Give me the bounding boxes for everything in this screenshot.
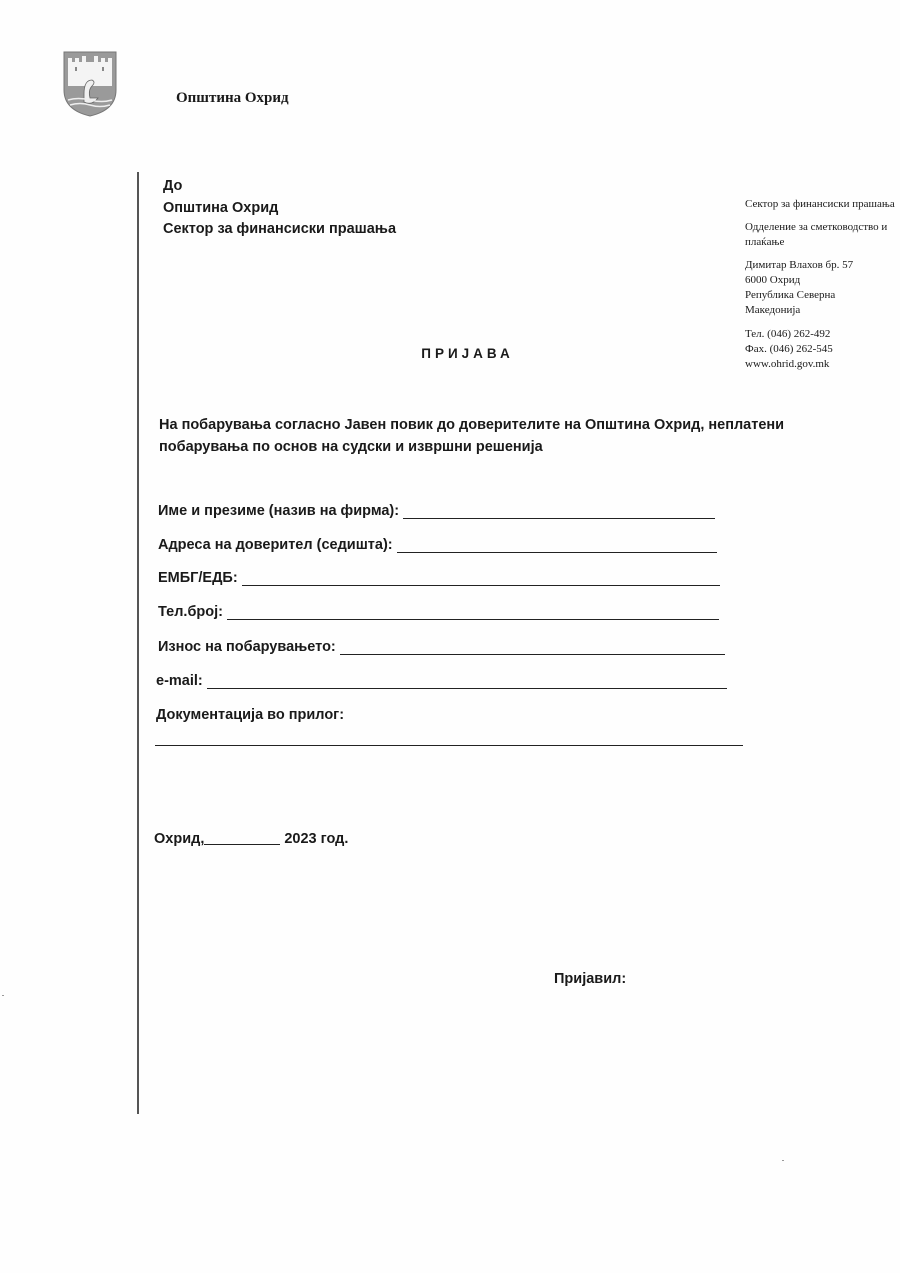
phone: Тел. (046) 262-492 [745,327,900,342]
field-label: Износ на побарувањето: [158,639,336,655]
field-label: Тел.број: [158,604,223,620]
place-label: Охрид, [154,831,204,847]
field-label: e-mail: [156,673,203,689]
scan-speck [782,1160,784,1161]
address-line: Македонија [745,303,900,318]
field-address[interactable]: Адреса на доверител (седишта): [158,537,717,553]
field-full-name[interactable]: Име и презиме (назив на фирма): [158,503,715,519]
address-line: Република Северна [745,288,900,303]
field-label: Адреса на доверител (седишта): [158,537,393,553]
field-label: Документација во прилог: [156,707,344,723]
address-line: 6000 Охрид [745,273,900,288]
addressee-line: До [163,176,396,198]
department-line: Одделение за сметководство и [745,220,900,235]
document-title: ПРИЈАВА [0,346,900,361]
address-line: Димитар Влахов бр. 57 [745,258,900,273]
field-email[interactable]: e-mail: [156,673,727,689]
field-claim-amount[interactable]: Износ на побарувањето: [158,639,725,655]
margin-rule [137,172,139,1114]
addressee-line: Општина Охрид [163,198,396,220]
year-label: 2023 год. [284,831,348,847]
embg-edb-input[interactable] [242,571,720,586]
intro-paragraph: На побарувања согласно Јавен повик до до… [159,414,799,458]
signed-by-label: Пријавил: [554,971,626,987]
address-input[interactable] [397,538,717,553]
field-label: Име и презиме (назив на фирма): [158,503,399,519]
department-line: плаќање [745,235,900,250]
field-label: ЕМБГ/ЕДБ: [158,570,238,586]
scan-speck [2,995,4,996]
field-phone[interactable]: Тел.број: [158,604,719,620]
municipality-title: Општина Охрид [176,90,289,107]
addressee-block: До Општина Охрид Сектор за финансиски пр… [163,176,396,241]
phone-input[interactable] [227,605,719,620]
documentation-input[interactable] [155,745,743,746]
claim-amount-input[interactable] [340,640,725,655]
field-documentation: Документација во прилог: [156,707,344,723]
field-embg-edb[interactable]: ЕМБГ/ЕДБ: [158,570,720,586]
sector-name: Сектор за финансиски прашања [745,197,900,212]
date-input[interactable] [204,831,280,845]
email-input[interactable] [207,674,727,689]
coat-of-arms-logo [62,50,118,118]
place-date-line: Охрид, 2023 год. [154,831,348,847]
full-name-input[interactable] [403,504,715,519]
addressee-line: Сектор за финансиски прашања [163,219,396,241]
